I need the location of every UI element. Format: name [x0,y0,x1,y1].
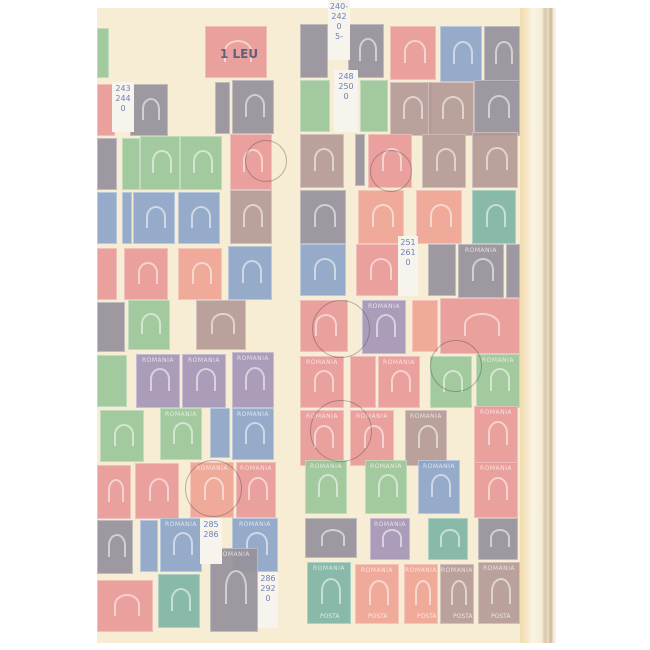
portrait-oval [242,260,263,283]
portrait-oval [376,314,397,337]
portrait-oval [464,313,499,337]
postmark-cancel [312,300,370,358]
portrait-oval [314,370,335,392]
portrait-oval [318,474,338,497]
portrait-oval [248,477,267,501]
stamp: ROMANIAPOSTA [404,564,438,624]
stamp [97,138,117,190]
stamp-country-text: ROMANIA [371,521,409,528]
stamp: ROMANIA [305,460,347,514]
stamp-country-text: ROMANIA [237,465,275,472]
portrait-oval [372,204,394,227]
portrait-oval [415,580,432,605]
portrait-oval [193,150,213,173]
stamp: ROMANIA [160,408,202,460]
stamp [412,300,438,352]
stamp [390,82,432,136]
stamp-posta-text: POSTA [417,613,436,620]
stamp [158,574,200,628]
note-left-bottom2: 286 292 0 [258,572,278,628]
portrait-oval [451,580,468,605]
stamp [356,244,402,296]
stamp [100,410,144,462]
portrait-oval [314,148,335,171]
stamp: ROMANIA [458,244,504,298]
stamp [360,80,388,132]
note-right-row4: 251 261 0 [398,236,418,296]
stamp-country-text: ROMANIA [477,357,519,364]
stamp-country-text: ROMANIA [406,413,446,420]
postmark-cancel [185,460,242,517]
stamp-country-text: ROMANIA [301,359,343,366]
postmark-cancel [430,340,482,392]
portrait-oval [138,262,159,284]
stamp [300,80,330,132]
note-right-row2: 248 250 0 [334,70,358,132]
album-binding-edge [520,8,556,643]
portrait-oval [211,313,234,334]
stamp [300,134,344,188]
stamp [428,82,474,136]
stamp [210,408,230,458]
postmark-cancel [310,400,372,462]
portrait-oval [142,98,160,120]
portrait-oval [245,367,265,391]
stamp [97,465,131,519]
portrait-oval [472,258,494,281]
stamp-country-text: ROMANIA [233,411,273,418]
surcharge-overprint: 1 LEU [220,47,258,61]
stamp [97,520,133,574]
stamp [390,26,436,80]
stamp [97,248,117,300]
stamp: ROMANIA [418,460,460,514]
stamp-posta-text: POSTA [491,613,510,620]
stamp [122,192,132,244]
stamp [124,248,168,300]
stamp [300,190,346,244]
stamp [178,192,220,244]
portrait-oval [314,258,336,280]
portrait-oval [171,588,191,611]
note-left-row2: 243 244 0 [112,82,134,132]
stamp [506,244,520,298]
portrait-oval [314,204,336,227]
stamp-country-text: ROMANIA [233,521,277,528]
portrait-oval [191,206,211,228]
portrait-oval [243,204,263,227]
portrait-oval [495,41,513,65]
stamp [196,300,246,350]
stamp [97,192,117,244]
stamp-country-text: ROMANIA [363,303,405,310]
stamp-country-text: ROMANIA [459,247,503,254]
stamp: ROMANIA [182,354,226,408]
stamp [355,134,365,186]
stamp [478,518,518,560]
portrait-oval [245,94,265,117]
stamp-country-text: ROMANIA [183,357,225,364]
stamp: ROMANIA [370,518,410,560]
portrait-oval [488,421,509,445]
stamp [97,302,125,352]
portrait-oval [491,578,511,604]
stamp [350,356,376,408]
stamp: ROMANIA [476,354,520,408]
stamp [122,138,140,190]
stamp-country-text: ROMANIA [379,359,419,366]
portrait-oval [486,147,508,171]
stamp [300,244,346,296]
portrait-oval [369,580,390,605]
stamp-country-text: ROMANIA [366,463,406,470]
stamp-country-text: ROMANIA [441,567,473,574]
stamp-country-text: ROMANIA [475,465,517,472]
stamp [135,463,179,519]
stamp [474,80,520,136]
stamp-country-text: ROMANIA [161,411,201,418]
stamp: ROMANIA [474,462,518,518]
portrait-oval [359,38,377,61]
portrait-oval [404,40,426,63]
stamp [140,520,158,572]
portrait-oval [149,478,170,502]
portrait-oval [490,529,509,547]
stamp: ROMANIAPOSTA [440,564,474,624]
portrait-oval [418,425,438,449]
portrait-oval [152,150,171,173]
stamp-country-text: ROMANIA [137,357,179,364]
portrait-oval [378,474,398,497]
stamp-country-text: ROMANIA [479,565,519,572]
portrait-oval [108,479,125,502]
stamp-country-text: ROMANIA [233,355,273,362]
portrait-oval [488,477,509,501]
stamp: ROMANIA [236,462,276,518]
stamp: ROMANIA [378,356,420,408]
stamp: ROMANIA [232,408,274,460]
stamp [472,132,518,188]
postmark-cancel [245,140,287,182]
stamp [178,248,222,300]
stamp-posta-text: POSTA [368,613,387,620]
stamp [305,518,357,558]
stamp [422,134,466,188]
portrait-oval [114,424,135,446]
stamp [215,82,230,134]
stamp-country-text: ROMANIA [308,565,350,572]
portrait-oval [146,206,166,228]
stamp [472,190,516,244]
portrait-oval [453,41,473,65]
portrait-oval [488,95,510,119]
stamp: ROMANIAPOSTA [307,562,351,624]
portrait-oval [321,529,345,546]
stamp-country-text: ROMANIA [475,409,517,416]
portrait-oval [430,204,452,227]
stamp [416,190,462,244]
portrait-oval [403,96,423,119]
stamp-country-text: ROMANIA [356,567,398,574]
stamp [484,26,520,82]
stamp: ROMANIA [136,354,180,408]
portrait-oval [150,368,171,391]
portrait-oval [382,529,401,547]
portrait-oval [321,578,342,604]
portrait-oval [442,96,464,119]
portrait-oval [108,534,126,557]
stamp-country-text: ROMANIA [405,567,437,574]
stamp [232,80,274,134]
stamp [440,26,482,82]
portrait-oval [391,370,411,392]
stamp [180,136,222,190]
stamp: 1 LEU [205,26,267,78]
portrait-oval [370,258,392,280]
portrait-oval [196,368,217,391]
postmark-cancel [370,150,412,192]
stamp [230,190,272,244]
stamp: ROMANIAPOSTA [478,562,520,624]
stamp [130,84,168,136]
portrait-oval [486,204,507,227]
portrait-oval [173,532,193,555]
stamp: ROMANIA [365,460,407,514]
stamp [428,518,468,560]
stamp-country-text: ROMANIA [419,463,459,470]
stamp [97,28,109,78]
portrait-oval [173,422,193,444]
stamp [228,246,272,300]
stamp: ROMANIAPOSTA [355,564,399,624]
note-left-bottom1: 285 286 [200,518,222,564]
stamp-country-text: ROMANIA [306,463,346,470]
stamp [428,244,456,296]
portrait-oval [225,570,247,605]
stamp [128,300,170,350]
portrait-oval [245,422,265,444]
stamp-country-text: ROMANIA [161,521,201,528]
note-top-right: 240- 242 0 5- [328,0,350,60]
stamp [97,355,127,407]
stamp-posta-text: POSTA [453,613,472,620]
stamp [97,580,153,632]
stamp: ROMANIA [474,406,518,464]
stamp: ROMANIA [232,352,274,408]
stamp [140,136,180,190]
portrait-oval [431,474,451,497]
stamp: ROMANIA [405,410,447,466]
stamp-posta-text: POSTA [320,613,339,620]
stamp: ROMANIA [160,518,202,572]
stamp [133,192,175,244]
portrait-oval [141,313,161,334]
portrait-oval [490,368,511,391]
portrait-oval [436,148,457,171]
portrait-oval [440,529,459,547]
portrait-oval [192,262,213,284]
stamp [300,24,328,78]
portrait-oval [114,594,140,616]
